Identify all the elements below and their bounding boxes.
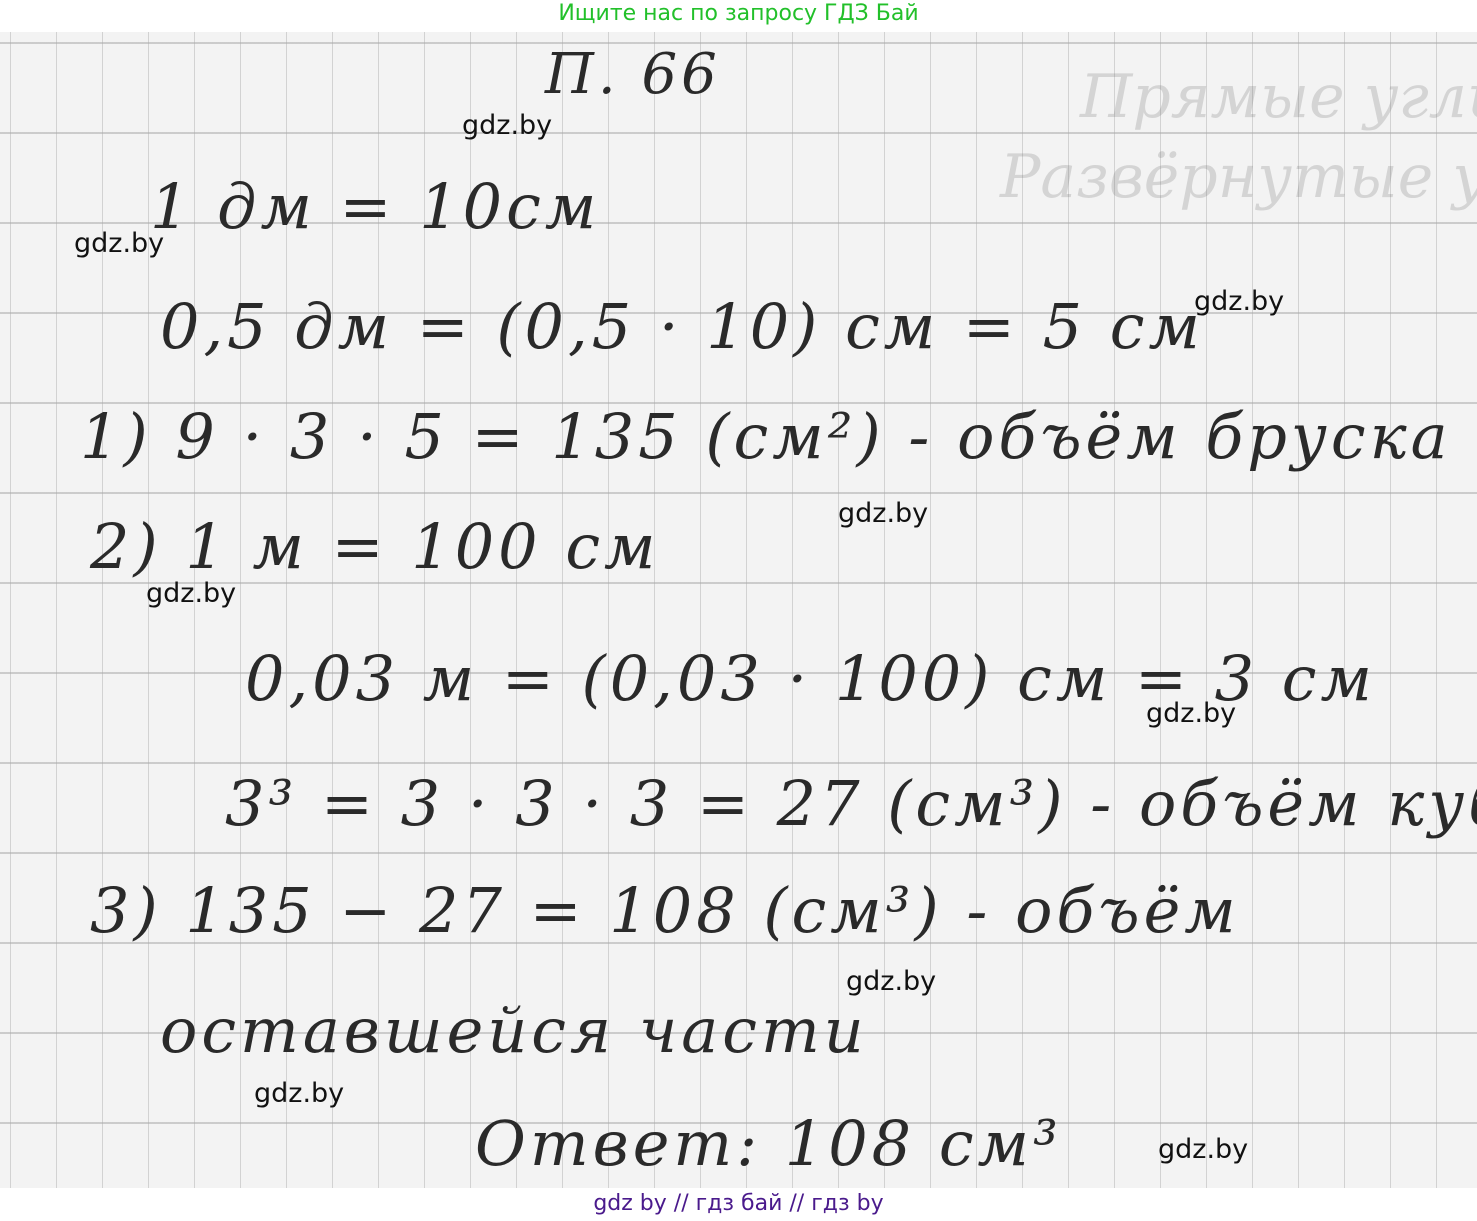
bleed-through-text: Прямые углы [1080, 62, 1477, 132]
watermark: gdz.by [1194, 286, 1284, 317]
top-banner: Ищите нас по запросу ГДЗ Бай [0, 0, 1477, 30]
solution-line-6: 3³ = 3 · 3 · 3 = 27 (см³) - объём куба [225, 767, 1477, 840]
watermark: gdz.by [74, 228, 164, 259]
watermark: gdz.by [462, 110, 552, 141]
problem-number: П. 66 [545, 42, 721, 107]
watermark: gdz.by [1146, 698, 1236, 729]
watermark: gdz.by [146, 578, 236, 609]
solution-line-2: 0,5 дм = (0,5 · 10) см = 5 см [160, 290, 1204, 363]
bottom-banner: gdz by // гдз бай // гдз by [0, 1190, 1477, 1221]
notebook-page: Прямые углы Развёрнутые углы П. 66 1 дм … [0, 32, 1477, 1188]
watermark: gdz.by [846, 966, 936, 997]
solution-line-4: 2) 1 м = 100 см [90, 510, 659, 583]
solution-line-1: 1 дм = 10см [150, 170, 600, 243]
solution-line-3: 1) 9 · 3 · 5 = 135 (см²) - объём бруска [80, 400, 1452, 473]
watermark: gdz.by [838, 498, 928, 529]
solution-line-8: оставшейся части [160, 994, 868, 1067]
watermark: gdz.by [1158, 1134, 1248, 1165]
solution-line-7: 3) 135 − 27 = 108 (см³) - объём [90, 874, 1240, 947]
answer-line: Ответ: 108 см³ [475, 1107, 1062, 1180]
bleed-through-text: Развёрнутые углы [1000, 142, 1477, 212]
watermark: gdz.by [254, 1078, 344, 1109]
